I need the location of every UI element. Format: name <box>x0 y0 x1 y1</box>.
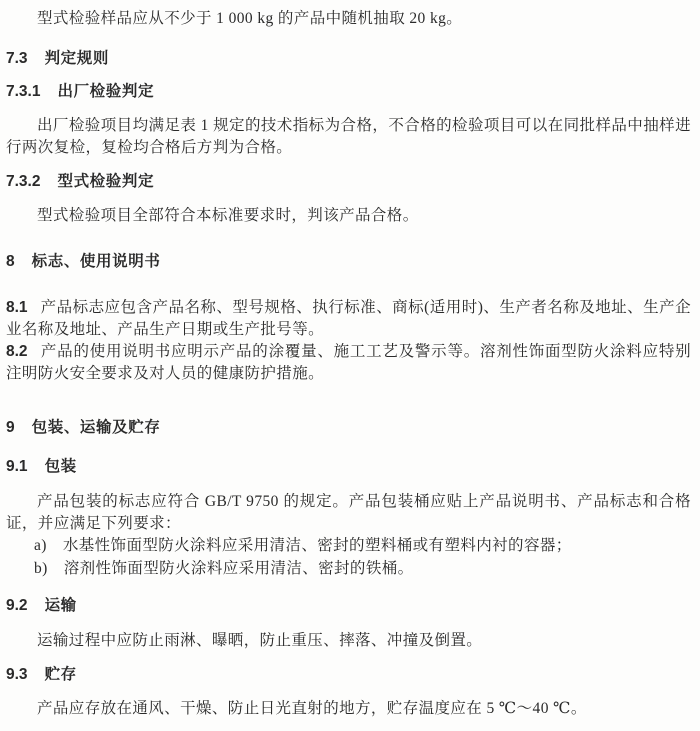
heading-title: 标志、使用说明书 <box>32 253 161 270</box>
section-heading-9-3: 9.3贮存 <box>6 664 691 686</box>
list-item-text: 水基性饰面型防火涂料应采用清洁、密封的塑料桶或有塑料内衬的容器； <box>63 537 572 554</box>
heading-title: 包装 <box>45 458 77 475</box>
clause-text: 产品的使用说明书应明示产品的涂覆量、施工工艺及警示等。溶剂性饰面型防火涂料应特别… <box>6 343 691 382</box>
heading-number: 9.3 <box>6 666 28 683</box>
section-heading-9-2: 9.2运输 <box>6 595 691 617</box>
body-paragraph: 运输过程中应防止雨淋、曝晒，防止重压、摔落、冲撞及倒置。 <box>6 630 691 652</box>
section-heading-9-1: 9.1包装 <box>6 456 691 478</box>
heading-title: 包装、运输及贮存 <box>32 419 161 436</box>
document-page: 型式检验样品应从不少于 1 000 kg 的产品中随机抽取 20 kg。 7.3… <box>0 0 700 731</box>
clause-paragraph-8-2: 8.2产品的使用说明书应明示产品的涂覆量、施工工艺及警示等。溶剂性饰面型防火涂料… <box>6 341 691 385</box>
body-paragraph: 型式检验项目全部符合本标准要求时，判该产品合格。 <box>6 205 691 227</box>
heading-number: 8 <box>6 253 15 270</box>
chapter-heading-8: 8标志、使用说明书 <box>6 251 691 273</box>
list-item-b: b)溶剂性饰面型防火涂料应采用清洁、密封的铁桶。 <box>6 558 691 581</box>
body-paragraph: 产品应存放在通风、干燥、防止日光直射的地方，贮存温度应在 5 ℃～40 ℃。 <box>6 698 691 720</box>
heading-number: 9.1 <box>6 458 28 475</box>
heading-title: 运输 <box>45 597 77 614</box>
clause-paragraph-8-1: 8.1产品标志应包含产品名称、型号规格、执行标准、商标(适用时)、生产者名称及地… <box>6 297 691 341</box>
body-paragraph: 型式检验样品应从不少于 1 000 kg 的产品中随机抽取 20 kg。 <box>6 8 691 30</box>
heading-title: 型式检验判定 <box>57 173 154 190</box>
list-marker: b) <box>34 560 48 577</box>
heading-title: 出厂检验判定 <box>57 83 154 100</box>
clause-text: 产品标志应包含产品名称、型号规格、执行标准、商标(适用时)、生产者名称及地址、生… <box>6 299 691 338</box>
list-item-text: 溶剂性饰面型防火涂料应采用清洁、密封的铁桶。 <box>64 560 414 577</box>
heading-title: 判定规则 <box>45 50 109 67</box>
body-paragraph: 出厂检验项目均满足表 1 规定的技术指标为合格，不合格的检验项目可以在同批样品中… <box>6 115 691 159</box>
list-item-a: a)水基性饰面型防火涂料应采用清洁、密封的塑料桶或有塑料内衬的容器； <box>6 535 691 558</box>
chapter-heading-9: 9包装、运输及贮存 <box>6 417 691 439</box>
section-heading-7-3: 7.3判定规则 <box>6 48 691 70</box>
section-heading-7-3-1: 7.3.1出厂检验判定 <box>6 81 691 103</box>
heading-number: 9 <box>6 419 15 436</box>
heading-number: 7.3.2 <box>6 173 40 190</box>
heading-number: 7.3 <box>6 50 28 67</box>
list-marker: a) <box>34 537 47 554</box>
heading-number: 9.2 <box>6 597 28 614</box>
body-paragraph: 产品包装的标志应符合 GB/T 9750 的规定。产品包装桶应贴上产品说明书、产… <box>6 491 691 535</box>
heading-number: 7.3.1 <box>6 83 40 100</box>
clause-number: 8.2 <box>6 343 28 360</box>
section-heading-7-3-2: 7.3.2型式检验判定 <box>6 171 691 193</box>
heading-title: 贮存 <box>45 666 77 683</box>
clause-number: 8.1 <box>6 299 28 316</box>
